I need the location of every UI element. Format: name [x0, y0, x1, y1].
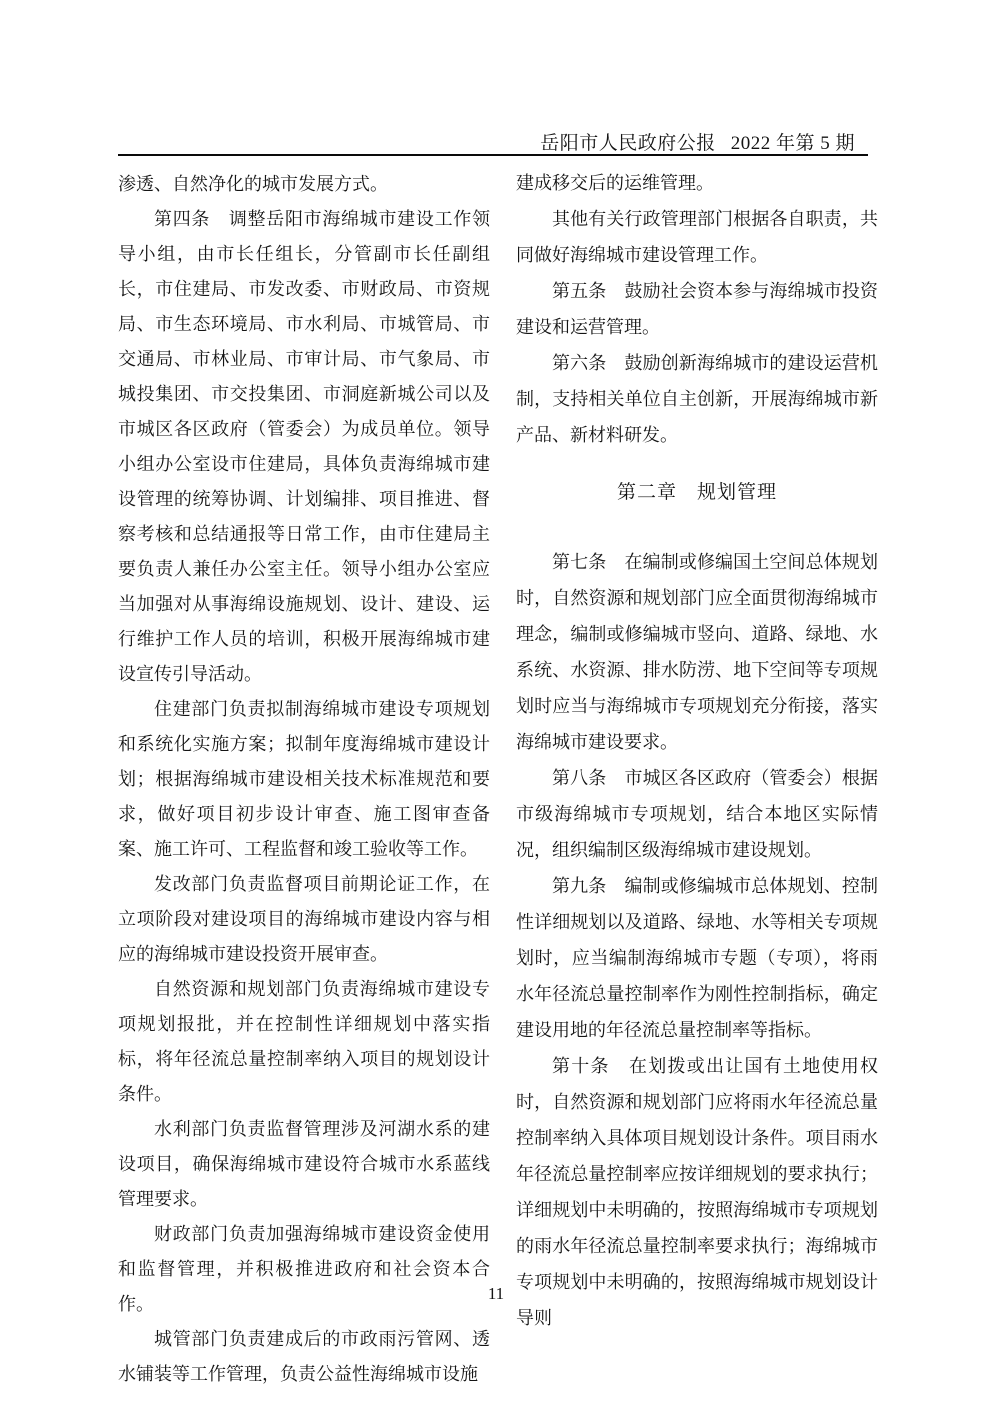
- page-number: 11: [0, 1284, 992, 1304]
- body-paragraph: 渗透、自然净化的城市发展方式。: [118, 167, 490, 202]
- gazette-issue: 2022 年第 5 期: [731, 128, 855, 155]
- header-rule: [118, 154, 868, 156]
- right-column: 建成移交后的运维管理。 其他有关行政管理部门根据各自职责，共同做好海绵城市建设管…: [516, 165, 878, 1336]
- body-paragraph: 自然资源和规划部门负责海绵城市建设专项规划报批，并在控制性详细规划中落实指标，将…: [118, 972, 490, 1112]
- body-paragraph: 第五条 鼓励社会资本参与海绵城市投资建设和运营管理。: [516, 273, 878, 345]
- body-paragraph: 第七条 在编制或修编国土空间总体规划时，自然资源和规划部门应全面贯彻海绵城市理念…: [516, 544, 878, 760]
- body-paragraph: 发改部门负责监督项目前期论证工作，在立项阶段对建设项目的海绵城市建设内容与相应的…: [118, 867, 490, 972]
- body-paragraph: 城管部门负责建成后的市政雨污管网、透水铺装等工作管理，负责公益性海绵城市设施: [118, 1322, 490, 1392]
- body-paragraph: 第六条 鼓励创新海绵城市的建设运营机制，支持相关单位自主创新，开展海绵城市新产品…: [516, 345, 878, 453]
- body-paragraph: 建成移交后的运维管理。: [516, 165, 878, 201]
- body-paragraph: 财政部门负责加强海绵城市建设资金使用和监督管理，并积极推进政府和社会资本合作。: [118, 1217, 490, 1322]
- body-paragraph: 第四条 调整岳阳市海绵城市建设工作领导小组，由市长任组长，分管副市长任副组长，市…: [118, 202, 490, 692]
- body-paragraph: 第九条 编制或修编城市总体规划、控制性详细规划以及道路、绿地、水等相关专项规划时…: [516, 868, 878, 1048]
- gazette-page: 岳阳市人民政府公报 2022 年第 5 期 渗透、自然净化的城市发展方式。 第四…: [0, 0, 992, 1403]
- body-paragraph: 住建部门负责拟制海绵城市建设专项规划和系统化实施方案；拟制年度海绵城市建设计划；…: [118, 692, 490, 867]
- chapter-heading: 第二章 规划管理: [516, 475, 878, 511]
- gazette-title: 岳阳市人民政府公报: [540, 128, 716, 155]
- body-paragraph: 第八条 市城区各区政府（管委会）根据市级海绵城市专项规划，结合本地区实际情况，组…: [516, 760, 878, 868]
- left-column: 渗透、自然净化的城市发展方式。 第四条 调整岳阳市海绵城市建设工作领导小组，由市…: [118, 167, 490, 1392]
- body-paragraph: 其他有关行政管理部门根据各自职责，共同做好海绵城市建设管理工作。: [516, 201, 878, 273]
- body-paragraph: 水利部门负责监督管理涉及河湖水系的建设项目，确保海绵城市建设符合城市水系蓝线管理…: [118, 1112, 490, 1217]
- page-header: 岳阳市人民政府公报 2022 年第 5 期: [540, 128, 855, 155]
